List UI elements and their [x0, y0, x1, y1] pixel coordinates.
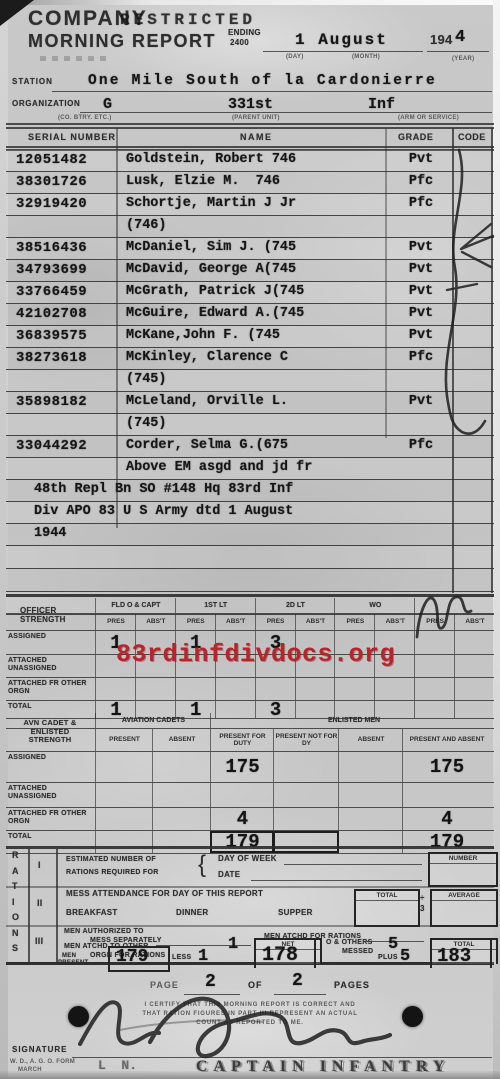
rations-divider-1: [6, 886, 494, 888]
rations-i-label-1: ESTIMATED NUMBER OF: [66, 856, 156, 863]
strength-value-cell: [135, 678, 176, 700]
form-number-print: W. D., A. G. O. FORM: [10, 1059, 75, 1065]
roster-row: (746): [6, 216, 494, 238]
site-watermark: 83rdinfdivdocs.org: [116, 640, 395, 669]
roster-name: Goldstein, Robert 746: [126, 152, 296, 167]
mess-total-box: TOTAL: [354, 889, 420, 927]
strength-value-cell: [454, 631, 495, 654]
roster-row: 33044292Corder, Selma G.(675Pfc: [6, 436, 494, 458]
roster-grade: Pvt: [386, 240, 456, 255]
enlisted-strength-table: AVIATION CADETSENLISTED MENPRESENTABSENT…: [6, 713, 494, 848]
strength-value-cell: [454, 655, 495, 677]
roster-header-serial: SERIAL NUMBER: [28, 133, 116, 142]
strength-row: ATTACHED FR OTHER ORGN44: [6, 808, 494, 831]
rations-vline-2: [56, 849, 58, 962]
strength-value-cell: [175, 678, 216, 700]
officer-subcol-header: ABS'T: [215, 614, 256, 630]
divide-sign: ÷: [420, 894, 425, 902]
rations-side-letter: I: [12, 898, 15, 907]
supper-label: SUPPER: [278, 909, 313, 917]
plus-label: PLUS: [378, 954, 398, 961]
divide-three: 3: [420, 905, 425, 913]
strength-value-cell: 175: [402, 752, 491, 782]
strength-row-label: TOTAL: [8, 703, 88, 711]
enlisted-subcol-header: PRESENT NOT FOR DY: [273, 729, 339, 751]
strength-value-cell: [414, 631, 455, 654]
strength-value-cell: [152, 752, 211, 782]
strength-value-cell: [338, 808, 403, 830]
officer-subcol-header: PRES: [255, 614, 296, 630]
roster-row: 36839575McKane,John F. (745Pvt: [6, 326, 494, 348]
roster-remark: (746): [126, 218, 167, 233]
officer-subcol-header: ABS'T: [135, 614, 176, 630]
strength-value-cell: 4: [210, 808, 274, 830]
roster-row: 1944: [6, 524, 494, 546]
typed-name-fragment: L N.: [98, 1058, 137, 1073]
others-label-2: MESSED: [342, 948, 373, 955]
strength-value-cell: [338, 752, 403, 782]
roster-name: McGrath, Patrick J(745: [126, 284, 304, 299]
rations-date-label: DATE: [218, 871, 240, 879]
strength-value-cell: [152, 783, 211, 807]
strength-value-cell: [95, 808, 153, 830]
strength-value-cell: [273, 783, 339, 807]
rations-side-letter: S: [12, 944, 18, 953]
strength-row-label: ASSIGNED: [8, 754, 88, 762]
officer-subcol-header: PRES: [334, 614, 375, 630]
day-sublabel: (DAY): [286, 54, 304, 60]
strength-value-cell: [334, 678, 375, 700]
rations-side-letter: N: [12, 929, 19, 938]
roster-serial-number: 42102708: [16, 306, 87, 322]
officer-subcol-header: PRES: [95, 614, 136, 630]
roster-grade: Pfc: [386, 174, 456, 189]
section-divider-roster-officer: [6, 594, 494, 597]
strength-value-cell: [454, 678, 495, 700]
org-company-sublabel: (CO. BTRY. ETC.): [58, 115, 112, 121]
strength-row-label: TOTAL: [8, 833, 88, 841]
roster-table: 12051482Goldstein, Robert 746Pvt38301726…: [6, 150, 494, 615]
men-present-label-2: PRESENT: [58, 960, 88, 966]
rations-side-letter: R: [12, 851, 19, 860]
roster-row: 38516436McDaniel, Sim J. (745Pvt: [6, 238, 494, 260]
dinner-label: DINNER: [176, 909, 208, 917]
officer-subcol-header: PRES: [175, 614, 216, 630]
avn-strength-corner-label: AVN CADET & ENLISTED STRENGTH: [16, 719, 84, 745]
strength-value-cell: [414, 678, 455, 700]
rations-side-letter: A: [12, 867, 19, 876]
strength-row-label: ATTACHED UNASSIGNED: [8, 657, 88, 673]
officer-subcol-header: ABS'T: [374, 614, 415, 630]
organization-label: ORGANIZATION: [12, 100, 80, 108]
roster-header-code: CODE: [458, 133, 486, 142]
year-typed-digit: 4: [455, 28, 465, 47]
strength-value-cell: [95, 678, 136, 700]
officer-group-header: [414, 598, 495, 613]
captain-infantry-stamp: CAPTAIN INFANTRY: [196, 1058, 450, 1076]
org-parent-unit-value: 331st: [228, 96, 273, 113]
rations-numeral-1: I: [38, 861, 41, 870]
year-printed: 194: [430, 33, 453, 47]
signature-label: SIGNATURE: [12, 1046, 68, 1054]
org-company-value: G: [103, 96, 112, 113]
page-number: 2: [205, 972, 216, 992]
mess-average-label: AVERAGE: [432, 892, 496, 901]
roster-grade: Pvt: [386, 152, 456, 167]
total-box-sides: [430, 938, 492, 968]
of-label: OF: [248, 981, 263, 990]
roster-row: 32919420Schortje, Martin J JrPfc: [6, 194, 494, 216]
roster-name: Schortje, Martin J Jr: [126, 196, 296, 211]
roster-row: 48th Repl Bn SO #148 Hq 83rd Inf: [6, 480, 494, 502]
roster-row: 35898182McLeland, Orville L.Pvt: [6, 392, 494, 414]
others-value: 5: [388, 935, 398, 954]
date-underline: [263, 51, 423, 52]
year-sublabel: (YEAR): [452, 56, 474, 62]
pages-total: 2: [292, 971, 303, 991]
men-present-value: 179: [116, 947, 148, 967]
strength-value-cell: [338, 783, 403, 807]
officer-group-header: 1ST LT: [175, 598, 256, 613]
enlisted-subcol-header: PRESENT AND ABSENT: [402, 729, 491, 751]
rations-numeral-2: II: [37, 899, 43, 908]
roster-row: [6, 569, 494, 592]
punch-hole-right: [402, 1006, 423, 1027]
roster-grade: Pvt: [386, 328, 456, 343]
roster-grade: Pvt: [386, 306, 456, 321]
org-arm-service-value: Inf: [368, 96, 395, 113]
scan-edge-top: [0, 0, 500, 5]
rations-i-label-2: RATIONS REQUIRED FOR: [66, 869, 159, 876]
morning-report-sheet: COMPANY RESTRICTED MORNING REPORT ENDING…: [0, 0, 500, 1079]
roster-grade: Pvt: [386, 262, 456, 277]
strength-value-cell: [273, 808, 339, 830]
strength-row: ASSIGNED175175: [6, 752, 494, 783]
roster-remark: 1944: [34, 526, 66, 541]
strength-row-label: ATTACHED FR OTHER ORGN: [8, 810, 88, 826]
strength-value-cell: 4: [402, 808, 491, 830]
roster-serial-number: 38301726: [16, 174, 87, 190]
less-value: 1: [198, 947, 208, 966]
mess-total-label: TOTAL: [356, 892, 418, 901]
strength-value-cell: [374, 678, 415, 700]
men-present-label-1: MEN: [62, 953, 76, 959]
roster-serial-number: 38516436: [16, 240, 87, 256]
officer-subcol-header: ABS'T: [454, 614, 495, 630]
rations-divider-2: [6, 925, 494, 927]
roster-serial-number: 38273618: [16, 350, 87, 366]
roster-remark: (745): [126, 372, 167, 387]
roster-col-line-code: [452, 128, 454, 593]
strength-value-cell: [295, 678, 336, 700]
enlisted-subcol-header: ABSENT: [152, 729, 211, 751]
day-of-week-line: [284, 864, 422, 865]
roster-remark: Above EM asgd and jd fr: [126, 460, 312, 475]
rations-vline-1: [28, 849, 30, 962]
pages-total-line: [274, 994, 326, 995]
roster-grade: Pfc: [386, 196, 456, 211]
roster-row: (745): [6, 414, 494, 436]
strength-value-cell: [273, 752, 339, 782]
roster-name: Corder, Selma G.(675: [126, 438, 288, 453]
strength-value-cell: [210, 783, 274, 807]
year-underline: [427, 51, 489, 52]
rations-number-box: NUMBER: [428, 852, 498, 887]
roster-grade: Pvt: [386, 284, 456, 299]
punch-hole-left: [68, 1006, 89, 1027]
month-sublabel: (MONTH): [352, 54, 380, 60]
roster-header-rule-1: [6, 146, 494, 148]
roster-serial-number: 35898182: [16, 394, 87, 410]
roster-serial-number: 36839575: [16, 328, 87, 344]
station-underline: [52, 91, 492, 92]
roster-name: McDaniel, Sim J. (745: [126, 240, 296, 255]
strength-row-label: ASSIGNED: [8, 633, 88, 641]
roster-remark: (745): [126, 416, 167, 431]
header-divider-1: [6, 123, 494, 125]
others-label-1: O & OTHERS: [326, 939, 373, 946]
roster-col-line-right: [491, 128, 493, 593]
brace-glyph: {: [198, 851, 206, 879]
strength-value-cell: 175: [210, 752, 274, 782]
ending-label: ENDING: [228, 29, 261, 37]
net-box-sides: [254, 938, 316, 968]
roster-remark: 48th Repl Bn SO #148 Hq 83rd Inf: [34, 482, 293, 497]
page-number-line: [184, 994, 240, 995]
roster-grade: Pvt: [386, 394, 456, 409]
form-date-print: MARCH: [18, 1067, 42, 1073]
officer-group-header: FLD O & CAPT: [95, 598, 176, 613]
organization-underline: [80, 112, 492, 113]
enlisted-subcol-header: PRESENT FOR DUTY: [210, 729, 274, 751]
roster-grade: Pfc: [386, 438, 456, 453]
strength-value-cell: [95, 752, 153, 782]
page-label: PAGE: [150, 981, 179, 990]
officer-group-header: WO: [334, 598, 415, 613]
roster-serial-number: 12051482: [16, 152, 87, 168]
roster-col-line-serial: [116, 128, 118, 528]
strength-value-cell: [414, 655, 455, 677]
roster-grade: Pfc: [386, 350, 456, 365]
rations-side-letter: O: [12, 913, 19, 922]
enlisted-subcol-header: PRESENT: [95, 729, 153, 751]
roster-row: 38301726Lusk, Elzie M. 746Pfc: [6, 172, 494, 194]
org-parent-sublabel: (PARENT UNIT): [232, 115, 280, 121]
roster-name: McKinley, Clarence C: [126, 350, 288, 365]
roster-serial-number: 34793699: [16, 262, 87, 278]
roster-row: 38273618McKinley, Clarence CPfc: [6, 348, 494, 370]
mess-average-box: AVERAGE: [430, 889, 498, 927]
roster-row: (745): [6, 370, 494, 392]
roster-row: Above EM asgd and jd fr: [6, 458, 494, 480]
enlisted-men-group-header: ENLISTED MEN: [210, 713, 497, 728]
form-title-morning-report: MORNING REPORT: [28, 32, 216, 51]
officer-subcol-header: PRES: [414, 614, 455, 630]
roster-header-name: NAME: [240, 133, 273, 142]
officer-subcol-header: ABS'T: [295, 614, 336, 630]
roster-row: Div APO 83 U S Army dtd 1 August: [6, 502, 494, 524]
roster-name: McGuire, Edward A.(745: [126, 306, 304, 321]
rations-date-line: [251, 880, 422, 881]
strength-row: ATTACHED FR OTHER ORGN: [6, 678, 494, 701]
strength-value-cell: [402, 783, 491, 807]
rations-section: RATIONS I II III ESTIMATED NUMBER OF RAT…: [6, 849, 494, 965]
rations-side-label: RATIONS: [10, 851, 24, 961]
roster-serial-number: 32919420: [16, 196, 87, 212]
faded-stamp-smudge: [40, 56, 106, 61]
strength-value-cell: [215, 678, 256, 700]
roster-name: Lusk, Elzie M. 746: [126, 174, 280, 189]
rations-numeral-3: III: [35, 937, 43, 946]
report-date-value: 1 August: [295, 31, 388, 49]
atchd-value: 1: [228, 935, 238, 954]
less-label: LESS: [172, 954, 191, 961]
aviation-cadets-group-header: AVIATION CADETS: [95, 713, 211, 728]
header-divider-2: [6, 127, 494, 129]
roster-row: [6, 546, 494, 569]
roster-name: McKane,John F. (745: [126, 328, 280, 343]
roster-name: McDavid, George A(745: [126, 262, 296, 277]
org-arm-sublabel: (ARM OR SERVICE): [398, 115, 459, 121]
roster-name: McLeland, Orville L.: [126, 394, 288, 409]
officer-strength-corner-label: OFFICER STRENGTH: [20, 606, 80, 624]
station-label: STATION: [12, 78, 53, 86]
day-of-week-label: DAY OF WEEK: [218, 855, 277, 863]
rations-number-label: NUMBER: [430, 855, 496, 864]
roster-header-grade: GRADE: [398, 133, 434, 142]
roster-row: 33766459McGrath, Patrick J(745Pvt: [6, 282, 494, 304]
enlisted-subcol-header: ABSENT: [338, 729, 403, 751]
plus-value: 5: [400, 947, 410, 966]
roster-serial-number: 33766459: [16, 284, 87, 300]
roster-col-line-grade: [385, 128, 387, 438]
men-authorized-label: MEN AUTHORIZED TO: [64, 928, 144, 935]
strength-row-label: ATTACHED FR OTHER ORGN: [8, 680, 88, 696]
officer-group-header: 2D LT: [255, 598, 336, 613]
restricted-stamp: RESTRICTED: [120, 11, 256, 29]
strength-row: ATTACHED UNASSIGNED: [6, 783, 494, 808]
strength-value-cell: [255, 678, 296, 700]
strength-value-cell: [152, 808, 211, 830]
mess-attendance-label: MESS ATTENDANCE FOR DAY OF THIS REPORT: [66, 890, 263, 898]
station-value: One Mile South of la Cardonierre: [88, 73, 437, 89]
roster-row: 42102708McGuire, Edward A.(745Pvt: [6, 304, 494, 326]
pages-label: PAGES: [334, 981, 370, 990]
roster-row: 34793699McDavid, George A(745Pvt: [6, 260, 494, 282]
roster-remark: Div APO 83 U S Army dtd 1 August: [34, 504, 293, 519]
strength-row-label: ATTACHED UNASSIGNED: [8, 785, 88, 801]
roster-row: 12051482Goldstein, Robert 746Pvt: [6, 150, 494, 172]
strength-value-cell: [95, 783, 153, 807]
roster-serial-number: 33044292: [16, 438, 87, 454]
ending-time: 2400: [230, 39, 249, 47]
breakfast-label: BREAKFAST: [66, 909, 118, 917]
